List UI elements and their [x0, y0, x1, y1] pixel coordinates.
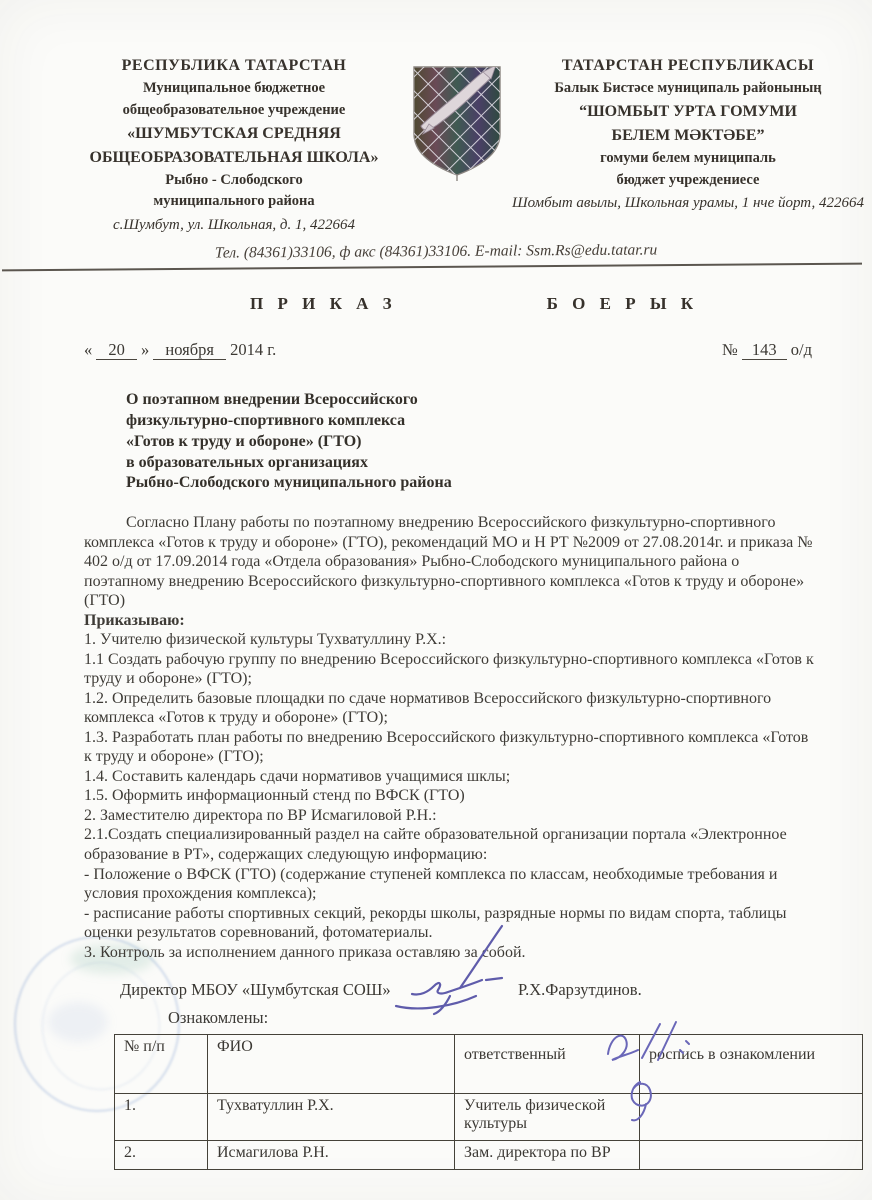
body-paragraph: 1.5. Оформить информационный стенд по ВФ…: [84, 786, 814, 806]
org-left-line: Муниципальное бюджетное: [62, 78, 406, 100]
order-date-month: ноября: [153, 341, 226, 359]
acknowledgment-table: № п/п ФИО ответственный роспись в ознако…: [114, 1034, 863, 1170]
org-right-line: ТАТАРСТАН РЕСПУБЛИКАСЫ: [510, 54, 866, 78]
acknowledgment-handwritten-signature: [598, 1016, 718, 1126]
coat-of-arms-fish-net-icon: [407, 62, 507, 184]
subject-line: Рыбно-Слободского муниципального района: [126, 473, 872, 494]
body-paragraph: Согласно Плану работы по поэтапному внед…: [84, 513, 814, 611]
order-date-day: 20: [96, 341, 137, 359]
org-block-russian: РЕСПУБЛИКА ТАТАРСТАН Муниципальное бюдже…: [62, 54, 406, 235]
org-left-line: муниципального района: [62, 191, 406, 213]
body-paragraph: 1.1 Создать рабочую группу по внедрению …: [84, 650, 814, 689]
contact-line: Тел. (84361)33106, ф акс (84361)33106. E…: [0, 240, 872, 264]
org-right-address: Шомбыт авылы, Школьная урамы, 1 нче йорт…: [510, 193, 866, 213]
org-left-line: «ШУМБУТСКАЯ СРЕДНЯЯ: [62, 122, 406, 146]
director-title: Директор МБОУ «Шумбутская СОШ»: [120, 980, 391, 999]
header-num: № п/п: [115, 1035, 208, 1094]
director-handwritten-signature: [390, 922, 540, 1017]
org-right-line: “ШОМБЫТ УРТА ГОМУМИ: [510, 100, 866, 124]
body-paragraph: 1.4. Составить календарь сдачи нормативо…: [84, 767, 814, 787]
body-paragraph: 2.1.Создать специализированный раздел на…: [84, 825, 814, 864]
order-number-suffix: о/д: [791, 340, 812, 359]
table-row: 1. Тухватуллин Р.Х. Учитель физической к…: [115, 1094, 863, 1141]
letterhead: РЕСПУБЛИКА ТАТАРСТАН Муниципальное бюдже…: [0, 0, 872, 235]
number-sign: №: [722, 340, 738, 359]
order-number: № 143 о/д: [722, 340, 812, 360]
director-signature-row: Директор МБОУ «Шумбутская СОШ» Р.Х.Фарзу…: [120, 980, 872, 1004]
scanned-order-page: РЕСПУБЛИКА ТАТАРСТАН Муниципальное бюдже…: [0, 0, 872, 1200]
order-title-ru: П Р И К А З: [250, 294, 397, 314]
subject-line: «Готов к труду и обороне» (ГТО): [126, 432, 872, 453]
cell-fio: Исмагилова Р.Н.: [208, 1141, 455, 1170]
order-date: « 20 » ноября 2014 г.: [84, 340, 276, 360]
letterhead-divider: [2, 263, 862, 272]
cell-num: 2.: [115, 1141, 208, 1170]
table-row: 2. Исмагилова Р.Н. Зам. директора по ВР: [115, 1141, 863, 1170]
quote-close: »: [141, 340, 149, 359]
org-left-line: РЕСПУБЛИКА ТАТАРСТАН: [62, 54, 406, 78]
body-paragraph: 2. Заместителю директора по ВР Исмагилов…: [84, 806, 814, 826]
body-paragraph: - Положение о ВФСК (ГТО) (содержание сту…: [84, 865, 814, 904]
org-right-line: бюджет учреждениесе: [510, 170, 866, 192]
org-block-tatar: ТАТАРСТАН РЕСПУБЛИКАСЫ Балык Бистәсе мун…: [510, 54, 866, 214]
body-paragraph-prikazyvayu: Приказываю:: [84, 611, 814, 631]
cell-fio: Тухватуллин Р.Х.: [208, 1094, 455, 1141]
quote-open: «: [84, 340, 92, 359]
header-fio: ФИО: [208, 1035, 455, 1094]
order-date-year: 2014 г.: [230, 340, 276, 359]
coat-of-arms: [407, 54, 509, 189]
org-left-address: с.Шумбут, ул. Школьная, д. 1, 422664: [62, 215, 406, 235]
subject-line: О поэтапном внедрении Всероссийского: [126, 390, 872, 411]
table-header-row: № п/п ФИО ответственный роспись в ознако…: [115, 1035, 863, 1094]
order-body: Согласно Плану работы по поэтапному внед…: [84, 513, 814, 962]
org-left-line: Рыбно - Слободского: [62, 170, 406, 192]
subject-line: физкультурно-спортивного комплекса: [126, 411, 872, 432]
order-subject: О поэтапном внедрении Всероссийского физ…: [126, 390, 872, 494]
order-number-value: 143: [742, 341, 787, 359]
order-title-tt: Б О Е Р Ы К: [547, 294, 698, 314]
cell-sign: [640, 1141, 863, 1170]
org-right-line: гомуми белем муниципаль: [510, 148, 866, 170]
cell-num: 1.: [115, 1094, 208, 1141]
body-paragraph: 1.2. Определить базовые площадки по сдач…: [84, 689, 814, 728]
org-left-line: ОБЩЕОБРАЗОВАТЕЛЬНАЯ ШКОЛА»: [62, 146, 406, 170]
body-paragraph: 1. Учителю физической культуры Тухватулл…: [84, 630, 814, 650]
org-left-line: общеобразовательное учреждение: [62, 100, 406, 122]
org-right-line: Балык Бистәсе муниципаль районының: [510, 78, 866, 100]
org-right-line: БЕЛЕМ МӘКТӘБЕ”: [510, 124, 866, 148]
cell-role: Зам. директора по ВР: [455, 1141, 640, 1170]
body-paragraph: 1.3. Разработать план работы по внедрени…: [84, 728, 814, 767]
subject-line: в образовательных организациях: [126, 453, 872, 474]
order-meta-row: « 20 » ноября 2014 г. № 143 о/д: [84, 340, 812, 360]
order-titles: П Р И К А З Б О Е Р Ы К: [0, 294, 872, 314]
